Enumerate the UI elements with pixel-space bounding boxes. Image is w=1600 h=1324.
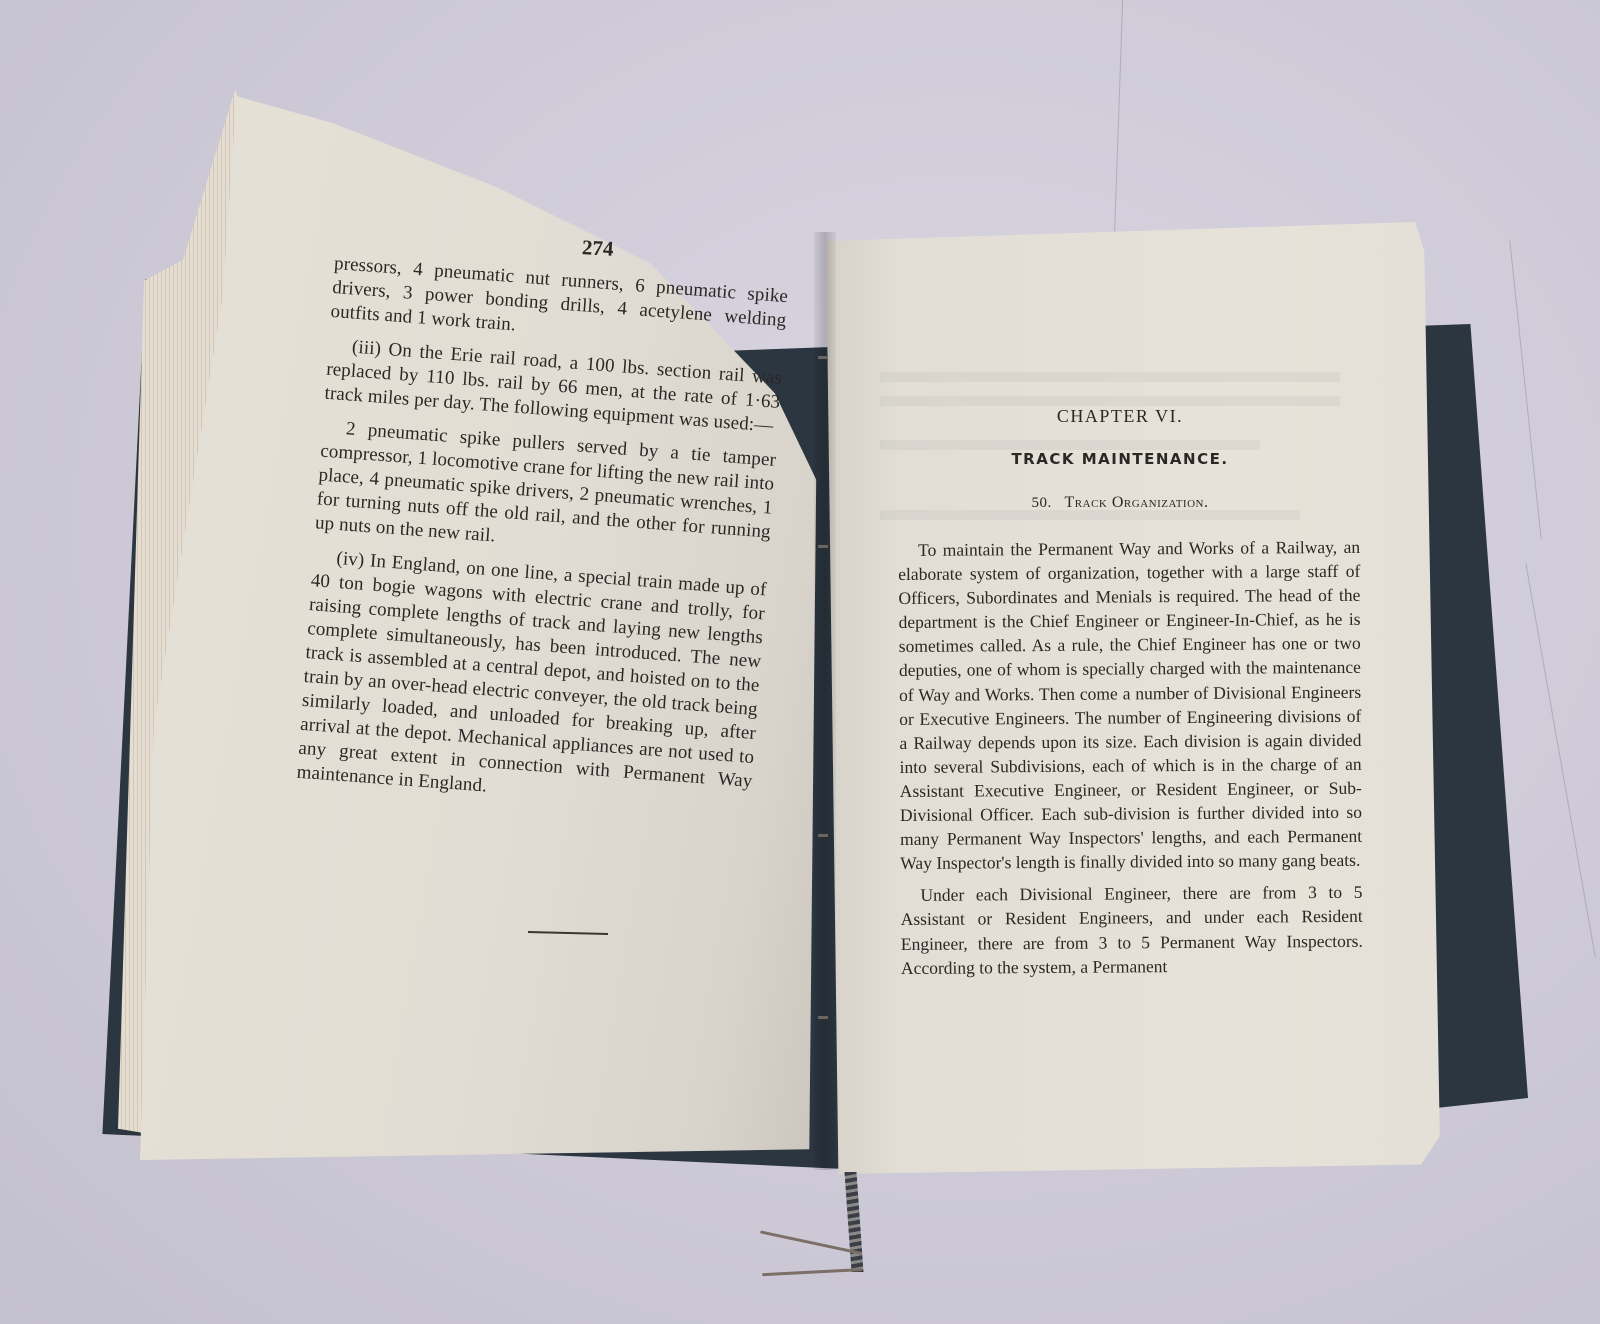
ribbon-thread	[762, 1268, 862, 1276]
page-number: 274	[581, 235, 614, 262]
paragraph: (iv) In England, on one line, a special …	[296, 545, 767, 818]
chapter-number: CHAPTER VI.	[880, 406, 1360, 427]
left-page-text: pressors, 4 pneumatic nut runners, 6 pne…	[295, 252, 789, 828]
section-number: 50.	[1032, 495, 1052, 511]
paragraph: Under each Divisional Engineer, there ar…	[900, 880, 1363, 980]
paragraph: To maintain the Permanent Way and Works …	[898, 535, 1362, 876]
binding-stitch	[818, 356, 828, 359]
ribbon-bookmark	[845, 1172, 864, 1272]
binding-stitch	[818, 545, 828, 548]
surface-crack	[1509, 241, 1541, 539]
chapter-title: TRACK MAINTENANCE.	[880, 450, 1360, 468]
right-page-text: To maintain the Permanent Way and Works …	[898, 535, 1363, 988]
bleed-through-text	[880, 396, 1340, 406]
binding-stitch	[818, 1016, 828, 1019]
bleed-through-text	[880, 372, 1340, 382]
paragraph: 2 pneumatic spike pullers served by a ti…	[314, 416, 777, 569]
book-gutter	[814, 232, 836, 1170]
ribbon-thread	[760, 1230, 862, 1255]
surface-crack	[1525, 563, 1595, 957]
surface-crack	[1114, 0, 1123, 240]
section-title: Track Organization.	[1065, 494, 1209, 511]
binding-stitch	[818, 834, 828, 837]
section-heading: 50. Track Organization.	[880, 494, 1360, 512]
bleed-through-text	[880, 440, 1260, 450]
